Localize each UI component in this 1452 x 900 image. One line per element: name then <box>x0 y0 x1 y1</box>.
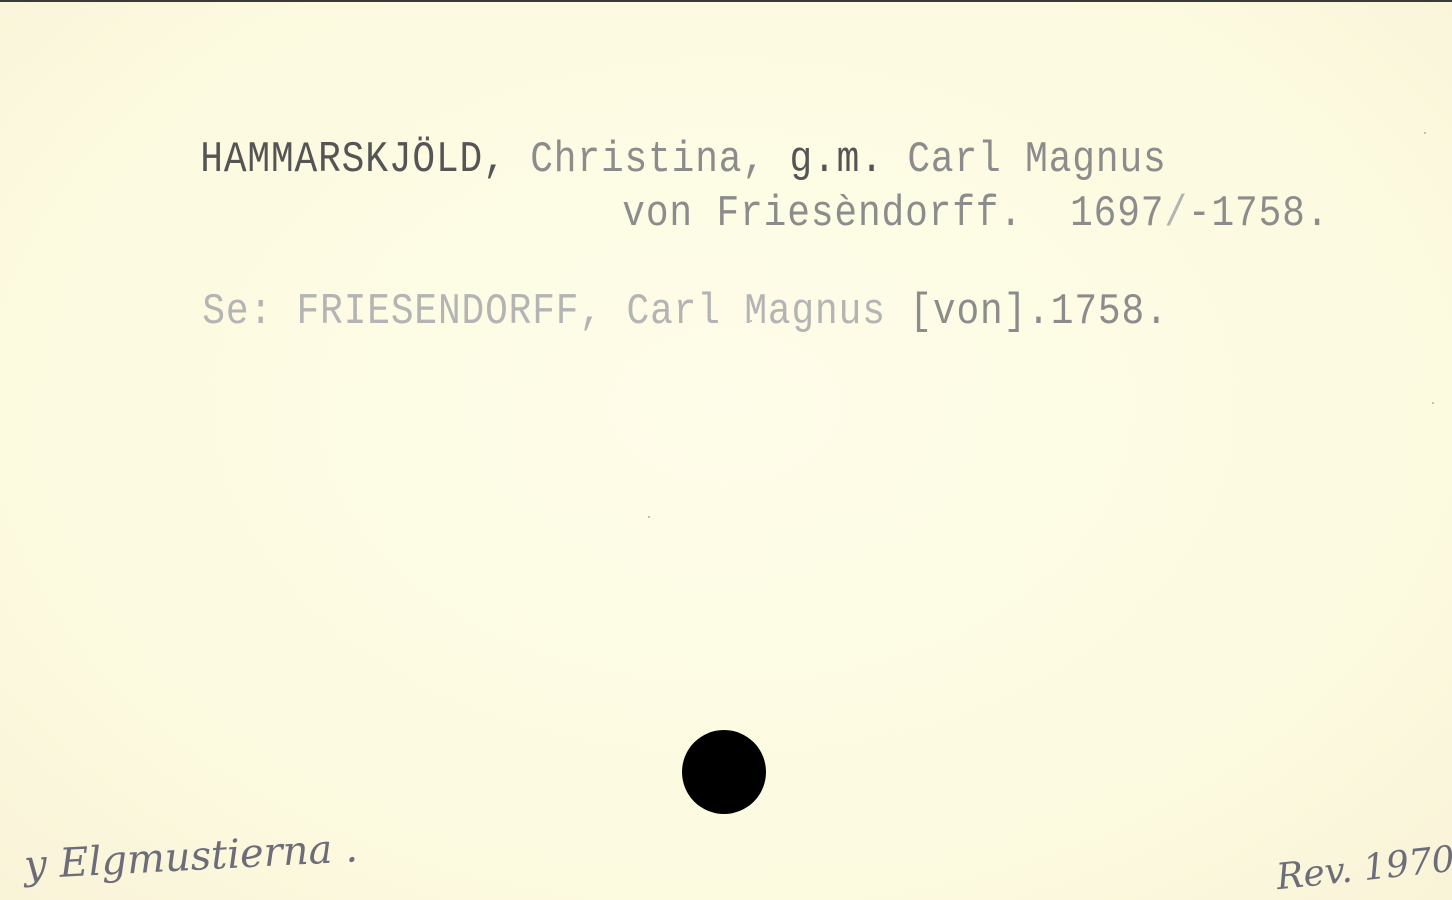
death-year: -1758. <box>1188 189 1329 239</box>
surname: HAMMARSKJÖLD, <box>200 135 506 185</box>
see-label: Se: <box>202 287 273 337</box>
spouse-surname: von Friesèndorff. <box>622 189 1023 239</box>
handwritten-parish-note: y Elgmustierna . <box>23 825 359 888</box>
reference-particle: [von] <box>909 287 1027 337</box>
cross-reference-line: Se: FRIESENDORFF, Carl Magnus [von].1758… <box>108 246 1169 378</box>
punch-hole <box>682 730 766 814</box>
paper-speck <box>648 516 650 518</box>
reference-year: .1758. <box>1027 287 1168 337</box>
paper-speck <box>750 320 752 322</box>
catalog-card: HAMMARSKJÖLD, Christina, g.m. Carl Magnu… <box>0 0 1452 900</box>
year-correction-mark: / <box>1164 189 1188 239</box>
reference-given-names: Carl Magnus <box>627 287 886 337</box>
handwritten-revision-note: Rev. 1970 <box>1274 839 1452 898</box>
paper-speck <box>1424 132 1426 134</box>
reference-surname: FRIESENDORFF, <box>297 287 603 337</box>
birth-year: 1697 <box>1070 189 1164 239</box>
paper-speck <box>1432 402 1434 404</box>
